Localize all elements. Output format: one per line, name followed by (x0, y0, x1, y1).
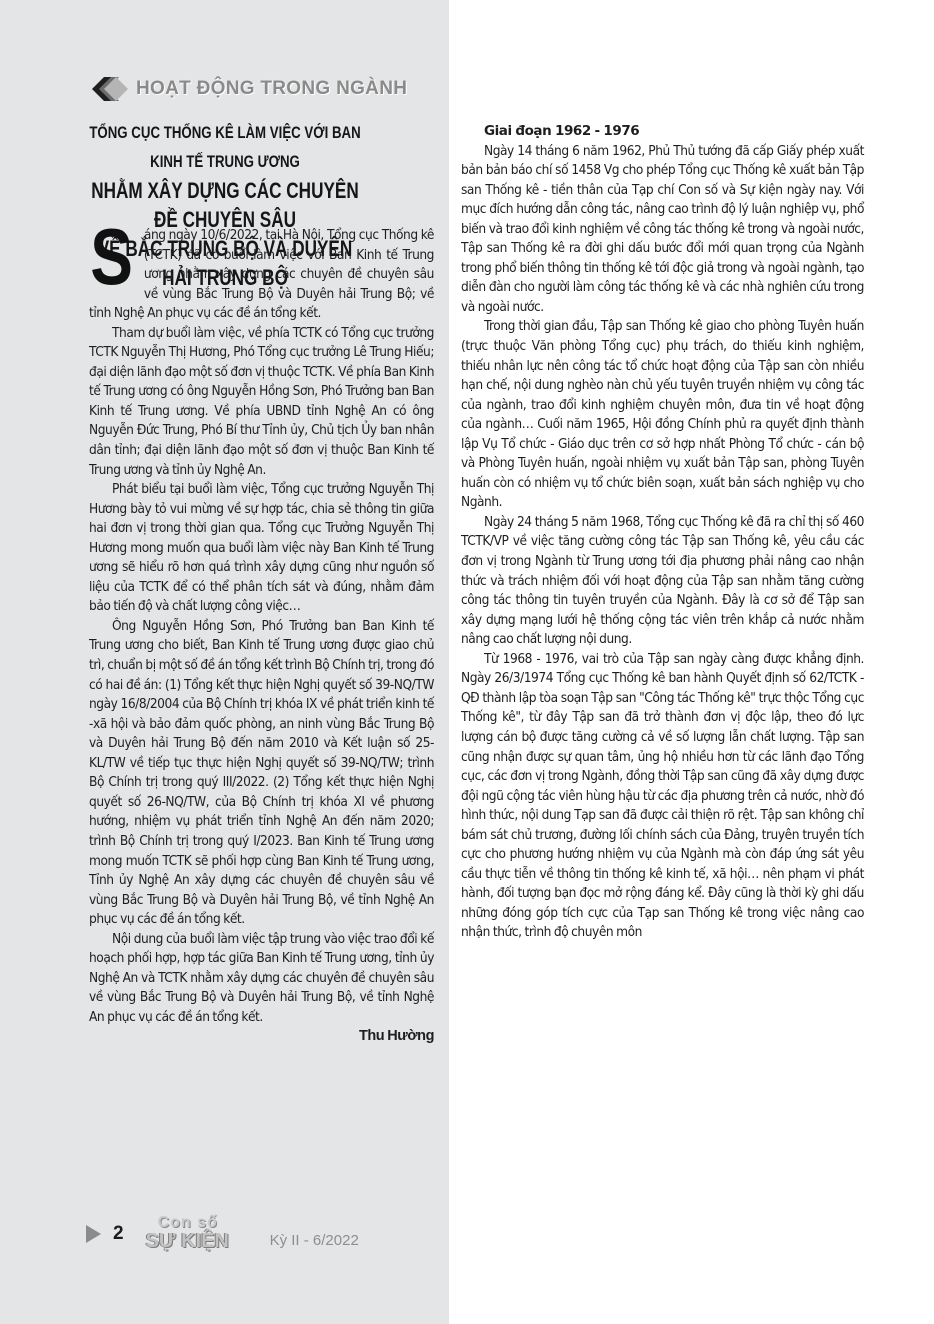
history-paragraph: Từ 1968 - 1976, vai trò của Tập san ngày… (461, 650, 864, 943)
history-column: Giai đoạn 1962 - 1976 Ngày 14 tháng 6 nă… (461, 122, 864, 943)
history-paragraph: Trong thời gian đầu, Tập san Thống kê gi… (461, 317, 864, 512)
article-paragraph: Nội dung của buổi làm việc tập trung vào… (89, 930, 434, 1028)
page-footer: 2 Con số SỰ KIỆN Kỳ II - 6/2022 (86, 1214, 359, 1254)
history-subhead: Giai đoạn 1962 - 1976 (461, 122, 864, 142)
history-paragraph: Ngày 24 tháng 5 năm 1968, Tổng cục Thống… (461, 513, 864, 650)
author-byline: Thu Hường (89, 1027, 434, 1047)
article-paragraph: Sáng ngày 10/6/2022, tại Hà Nội, Tổng cụ… (89, 226, 434, 324)
double-chevron-left-icon (84, 77, 128, 101)
history-paragraph: Ngày 14 tháng 6 năm 1962, Phủ Thủ tướng … (461, 142, 864, 318)
article-paragraph: Tham dự buổi làm việc, về phía TCTK có T… (89, 324, 434, 480)
magazine-logo: Con số SỰ KIỆN (146, 1216, 264, 1252)
issue-label: Kỳ II - 6/2022 (270, 1232, 359, 1249)
section-title: HOẠT ĐỘNG TRONG NGÀNH (136, 78, 407, 100)
triangle-right-icon (86, 1225, 101, 1243)
page-number: 2 (113, 1223, 124, 1245)
article-body: Sáng ngày 10/6/2022, tại Hà Nội, Tổng cụ… (89, 226, 434, 1047)
article-paragraph: Phát biểu tại buổi làm việc, Tổng cục tr… (89, 480, 434, 617)
logo-line-2: SỰ KIỆN (146, 1230, 229, 1253)
dropcap: S (90, 228, 132, 288)
article-paragraph: Ông Nguyễn Hồng Sơn, Phó Trưởng ban Ban … (89, 617, 434, 930)
section-header: HOẠT ĐỘNG TRONG NGÀNH (84, 76, 407, 102)
headline-line-1: TỔNG CỤC THỐNG KÊ LÀM VIỆC VỚI BAN KINH … (84, 118, 366, 176)
